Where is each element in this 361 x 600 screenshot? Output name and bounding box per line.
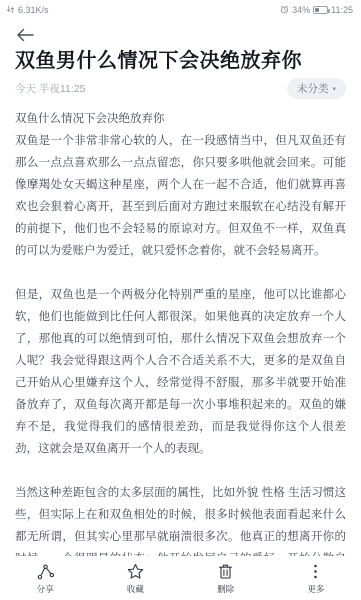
clock-text: 11:25 [331,5,353,15]
delete-button[interactable]: 删除 [181,562,271,595]
chevron-down-icon: ▾ [332,85,336,93]
alarm-icon [280,5,289,14]
note-body[interactable]: 双鱼什么情况下会决绝放弃你 双鱼是一个非常非常心软的人，在一段感情当中，但凡双鱼… [0,98,361,592]
category-selector[interactable]: 未分类 ▾ [287,78,346,99]
more-icon [306,562,325,581]
battery-percent-text: 34% [292,5,310,15]
share-button[interactable]: 分享 [0,562,90,595]
note-paragraph: 双鱼是一个非常非常心软的人，在一段感情当中，但凡双鱼还有那么一点点喜欢那么一点点… [15,130,346,262]
back-arrow-icon [15,27,35,43]
note-timestamp: 今天 半夜11:25 [15,81,85,96]
back-button[interactable] [15,24,39,46]
category-label: 未分类 [297,81,329,96]
delete-label: 删除 [217,583,234,595]
note-paragraph: 但是，双鱼也是一个两极分化特别严重的星座，他可以比谁都心软，他们也能做到比任何人… [15,284,346,460]
note-detail-screen: 6.31K/s 34% 11:25 双鱼男什么情况下会决绝放弃你 今天 半夜11… [0,0,361,600]
note-paragraph: 双鱼什么情况下会决绝放弃你 [15,108,346,130]
more-label: 更多 [307,583,324,595]
trash-icon [216,562,235,581]
star-icon [126,562,145,581]
favorite-button[interactable]: 收藏 [90,562,180,595]
more-button[interactable]: 更多 [271,562,361,595]
share-icon [36,562,55,581]
network-speed-text: 6.31K/s [18,5,49,15]
share-label: 分享 [37,583,54,595]
note-meta-row: 今天 半夜11:25 未分类 ▾ [0,74,361,98]
bottom-toolbar: 分享 收藏 删除 更多 [0,556,361,600]
battery-icon [313,6,328,14]
note-title: 双鱼男什么情况下会决绝放弃你 [0,46,361,74]
network-speed-icon [6,5,15,14]
favorite-label: 收藏 [127,583,144,595]
status-bar: 6.31K/s 34% 11:25 [0,0,361,16]
